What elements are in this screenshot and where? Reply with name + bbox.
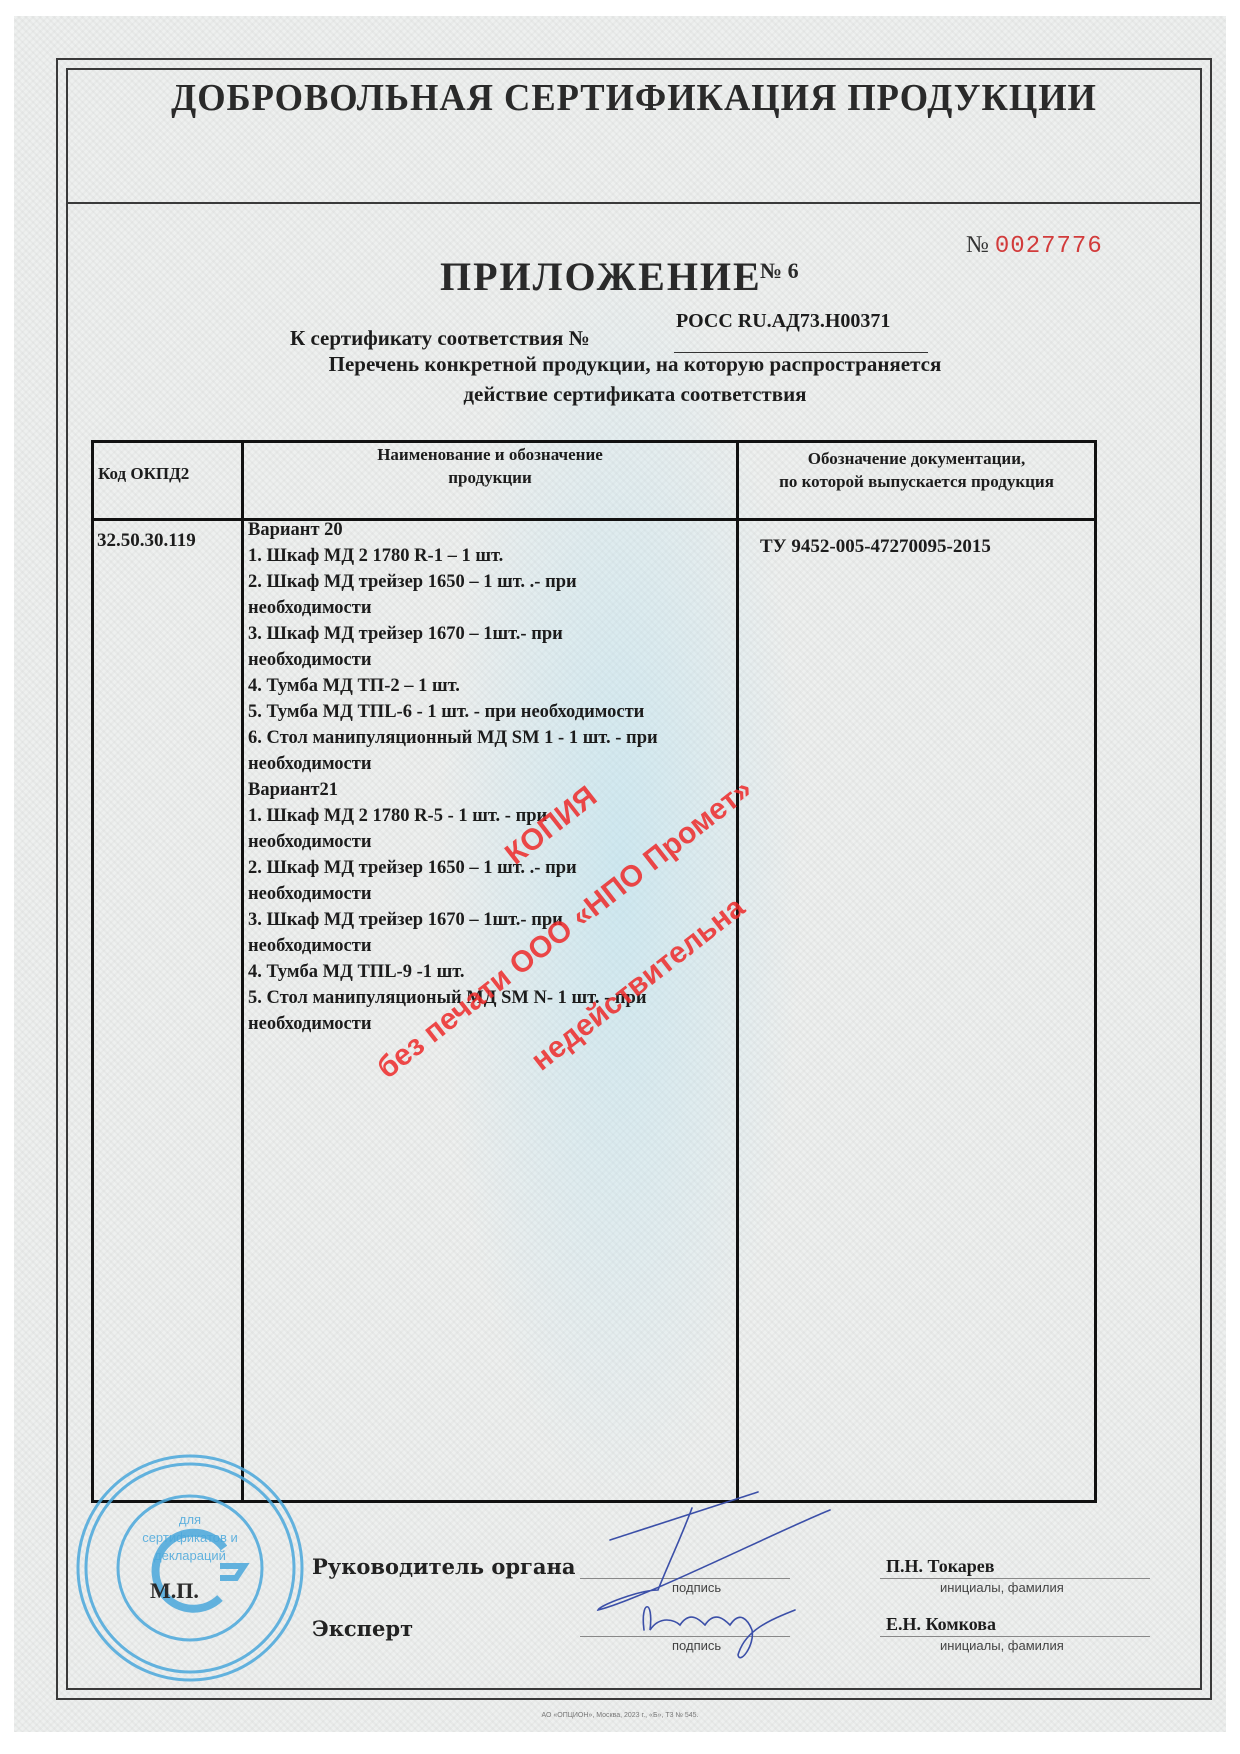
expert-name-line (880, 1636, 1150, 1637)
header-documentation: Обозначение документации, по которой вып… (739, 447, 1094, 493)
head-name: П.Н. Токарев (886, 1556, 995, 1577)
product-line: необходимости (248, 1011, 734, 1037)
product-line: 4. Тумба МД ТП-2 – 1 шт. (248, 673, 734, 699)
header-product-name-line1: Наименование и обозначение (244, 443, 736, 466)
okpd2-code: 32.50.30.119 (97, 530, 196, 552)
product-line: Вариант 20 (248, 517, 734, 543)
header-product-name-line2: продукции (244, 466, 736, 489)
appendix-number: № 6 (760, 258, 799, 284)
handwritten-signatures-icon (580, 1480, 880, 1660)
header-divider (66, 202, 1202, 204)
form-number-value: 0027776 (995, 233, 1103, 260)
form-number-label: № (966, 232, 989, 258)
head-role-label: Руководитель органа (312, 1554, 575, 1579)
header-documentation-line1: Обозначение документации, (739, 447, 1094, 470)
product-line: 2. Шкаф МД трейзер 1650 – 1 шт. .- при (248, 569, 734, 595)
product-line: необходимости (248, 647, 734, 673)
table-column-divider (736, 440, 739, 1503)
product-line: необходимости (248, 595, 734, 621)
certificate-label: К сертификату соответствия № (290, 326, 590, 351)
appendix-title: ПРИЛОЖЕНИЕ (440, 253, 762, 300)
head-name-line (880, 1578, 1150, 1579)
table-column-divider (241, 440, 244, 1503)
expert-name-caption: инициалы, фамилия (940, 1638, 1064, 1653)
subtitle-line-2: действие сертификата соответствия (80, 382, 1190, 407)
stamp-place-label: М.П. (150, 1578, 199, 1604)
product-line: 6. Стол манипуляционный МД SM 1 - 1 шт. … (248, 725, 734, 751)
subtitle-line-1: Перечень конкретной продукции, на котору… (80, 352, 1190, 377)
certificate-number: РОСС RU.АД73.Н00371 (676, 310, 890, 333)
product-line: 3. Шкаф МД трейзер 1670 – 1шт.- при (248, 907, 734, 933)
document-title: ДОБРОВОЛЬНАЯ СЕРТИФИКАЦИЯ ПРОДУКЦИИ (89, 76, 1180, 120)
certification-stamp-icon: для сертификатов и деклараций (70, 1448, 310, 1688)
header-code: Код ОКПД2 (94, 462, 245, 485)
svg-text:сертификатов и: сертификатов и (142, 1530, 238, 1545)
form-number: № 0027776 (966, 232, 1103, 260)
expert-role-label: Эксперт (312, 1616, 413, 1641)
svg-text:для: для (179, 1512, 201, 1527)
product-line: необходимости (248, 751, 734, 777)
svg-text:деклараций: деклараций (154, 1548, 226, 1563)
product-line: 1. Шкаф МД 2 1780 R-1 – 1 шт. (248, 543, 734, 569)
printer-note: АО «ОПЦИОН», Москва, 2023 г., «Б», Т3 № … (0, 1712, 1240, 1719)
product-line: 1. Шкаф МД 2 1780 R-5 - 1 шт. - при (248, 803, 734, 829)
expert-name: Е.Н. Комкова (886, 1614, 996, 1635)
product-line: 5. Тумба МД ТПL-6 - 1 шт. - при необходи… (248, 699, 734, 725)
header-product-name: Наименование и обозначение продукции (244, 443, 736, 489)
product-line: 3. Шкаф МД трейзер 1670 – 1шт.- при (248, 621, 734, 647)
head-name-caption: инициалы, фамилия (940, 1580, 1064, 1595)
product-line: необходимости (248, 881, 734, 907)
header-documentation-line2: по которой выпускается продукция (739, 470, 1094, 493)
product-line: Вариант21 (248, 777, 734, 803)
documentation-spec: ТУ 9452-005-47270095-2015 (760, 536, 991, 558)
